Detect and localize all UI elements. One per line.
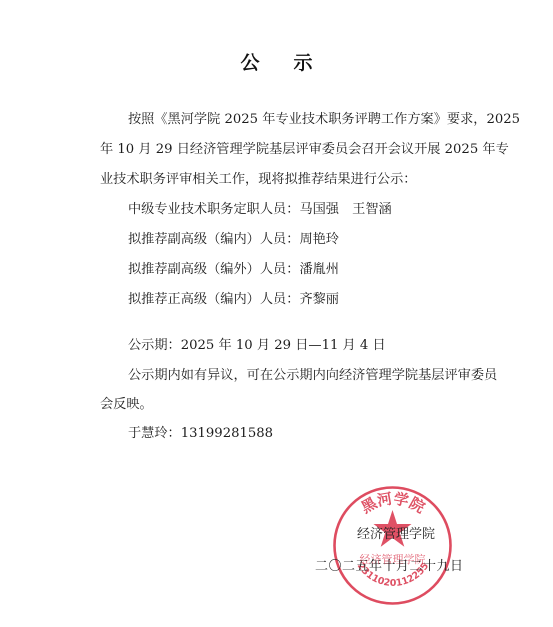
result-category: 拟推荐副高级（编外）人员： <box>128 262 299 277</box>
official-seal-icon: 黑河学院 经济管理学院 2311020112255 <box>331 484 454 607</box>
result-item: 拟推荐副高级（编外）人员：潘胤州 <box>128 258 339 277</box>
result-names: 周艳玲 <box>299 232 339 247</box>
intro-line-3: 业技术职务评审相关工作，现将拟推荐结果进行公示： <box>100 168 417 187</box>
result-category: 拟推荐正高级（编内）人员： <box>128 292 299 307</box>
result-item: 中级专业技术职务定职人员：马国强 王智涵 <box>128 198 392 217</box>
result-item: 拟推荐正高级（编内）人员：齐黎丽 <box>128 288 339 307</box>
contact-info: 于慧玲：13199281588 <box>128 422 273 441</box>
notice-period: 公示期：2025 年 10 月 29 日—11 月 4 日 <box>128 334 386 353</box>
page-title: 公示 <box>0 48 553 75</box>
notice-page: 公示 按照《黑河学院 2025 年专业技术职务评聘工作方案》要求，2025 年 … <box>0 0 553 627</box>
result-names: 齐黎丽 <box>299 292 339 307</box>
signature-organization: 经济管理学院 <box>357 523 435 542</box>
result-item: 拟推荐副高级（编内）人员：周艳玲 <box>128 228 339 247</box>
result-category: 拟推荐副高级（编内）人员： <box>128 232 299 247</box>
result-names: 马国强 王智涵 <box>299 202 391 217</box>
signature-date: 二〇二五年十月二十九日 <box>315 555 464 574</box>
intro-line-1: 按照《黑河学院 2025 年专业技术职务评聘工作方案》要求，2025 <box>128 108 520 127</box>
intro-line-2: 年 10 月 29 日经济管理学院基层评审委员会召开会议开展 2025 年专 <box>100 138 509 157</box>
objection-line-2: 会反映。 <box>100 393 153 412</box>
result-category: 中级专业技术职务定职人员： <box>128 202 299 217</box>
result-names: 潘胤州 <box>299 262 339 277</box>
objection-line-1: 公示期内如有异议，可在公示期内向经济管理学院基层评审委员 <box>128 364 497 383</box>
